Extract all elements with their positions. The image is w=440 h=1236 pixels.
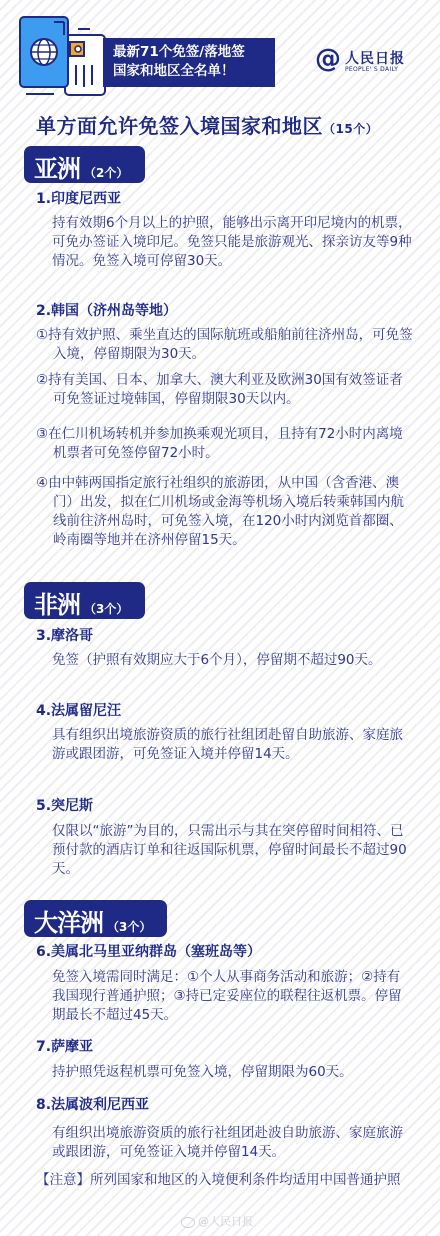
banner-line-1: 最新71个免签/落地签 [113,43,275,62]
banner-line-2: 国家和地区全名单！ [113,62,275,81]
country-desc-samoa: 持护照凭返程机票可免签入境，停留期限为60天。 [52,1063,412,1082]
peoples-daily-logo: @ 人民日报 PEOPLE' S DAILY [315,46,415,76]
country-desc-french-polynesia: 有组织出境旅游资质的旅行社组团赴波自助旅游、家庭旅游或跟团游，可免签证入境并停留… [52,1124,412,1162]
logo-english: PEOPLE' S DAILY [345,66,398,73]
region-count: （3个） [107,920,151,934]
country-desc-morocco: 免签（护照有效期应大于6个月），停留期不超过90天。 [52,651,412,670]
country-title-french-polynesia: 8.法属波利尼西亚 [36,1094,149,1114]
page-title-text: 单方面允许免签入境国家和地区 [36,114,323,138]
country-desc-indonesia: 持有效期6个月以上的护照，能够出示离开印尼境内的机票，可免办签证入境印尼。免签只… [52,214,412,271]
country-title-tunisia: 5.突尼斯 [36,795,93,815]
list-item: ②持有美国、日本、加拿大、澳大利亚及欧洲30国有效签证者可免签证过境韩国，停留期… [36,371,414,409]
country-title-samoa: 7.萨摩亚 [36,1036,93,1056]
region-name: 亚洲 [34,155,80,183]
country-title-indonesia: 1.印度尼西亚 [36,188,121,208]
logo-at-icon: @ [315,44,341,74]
country-desc-reunion: 具有组织出境旅游资质的旅行社组团赴留自助旅游、家庭旅游或跟团游，可免签证入境并停… [52,726,412,764]
page-title-count: （15个） [323,122,378,136]
country-desc-northern-mariana: 免签入境需同时满足：①个人从事商务活动和旅游；②持有我国现行普通护照；③持已定妥… [52,968,412,1025]
list-item: ①持有效护照、乘坐直达的国际航班或船舶前往济州岛，可免签入境，停留期限为30天。 [36,326,414,364]
region-count: （2个） [84,166,128,180]
passport-globe-icon [18,15,108,100]
weibo-watermark: @人民日报 [181,1213,253,1229]
country-desc-tunisia: 仅限以“旅游”为目的，只需出示与其在突停留时间相符、已预付款的酒店订单和往返国际… [52,822,412,879]
page-title: 单方面允许免签入境国家和地区（15个） [36,110,378,139]
region-count: （3个） [84,602,128,616]
country-title-northern-mariana: 6.美属北马里亚纳群岛（塞班岛等） [36,941,261,961]
watermark-text: @人民日报 [198,1215,253,1228]
country-title-korea: 2.韩国（济州岛等地） [36,300,177,320]
region-header-oceania: 大洋洲（3个） [24,900,167,937]
region-name: 大洋洲 [34,909,103,937]
logo-chinese: 人民日报 [345,48,405,68]
country-title-morocco: 3.摩洛哥 [36,625,93,645]
title-banner: 最新71个免签/落地签 国家和地区全名单！ [103,38,275,87]
note: 【注意】所列国家和地区的入境便利条件均适用中国普通护照 [36,1170,414,1190]
list-item: ③在仁川机场转机并参加换乘观光项目，且持有72小时内离境机票者可免签停留72小时… [36,425,414,463]
list-item: ④由中韩两国指定旅行社组织的旅游团，从中国（含香港、澳门）出发，拟在仁川机场或金… [36,474,414,550]
region-header-africa: 非洲（3个） [24,582,145,619]
country-title-reunion: 4.法属留尼汪 [36,700,121,720]
region-name: 非洲 [34,591,80,619]
weibo-icon [181,1217,195,1228]
header: 最新71个免签/落地签 国家和地区全名单！ @ 人民日报 PEOPLE' S D… [0,0,440,110]
region-header-asia: 亚洲（2个） [24,146,145,183]
